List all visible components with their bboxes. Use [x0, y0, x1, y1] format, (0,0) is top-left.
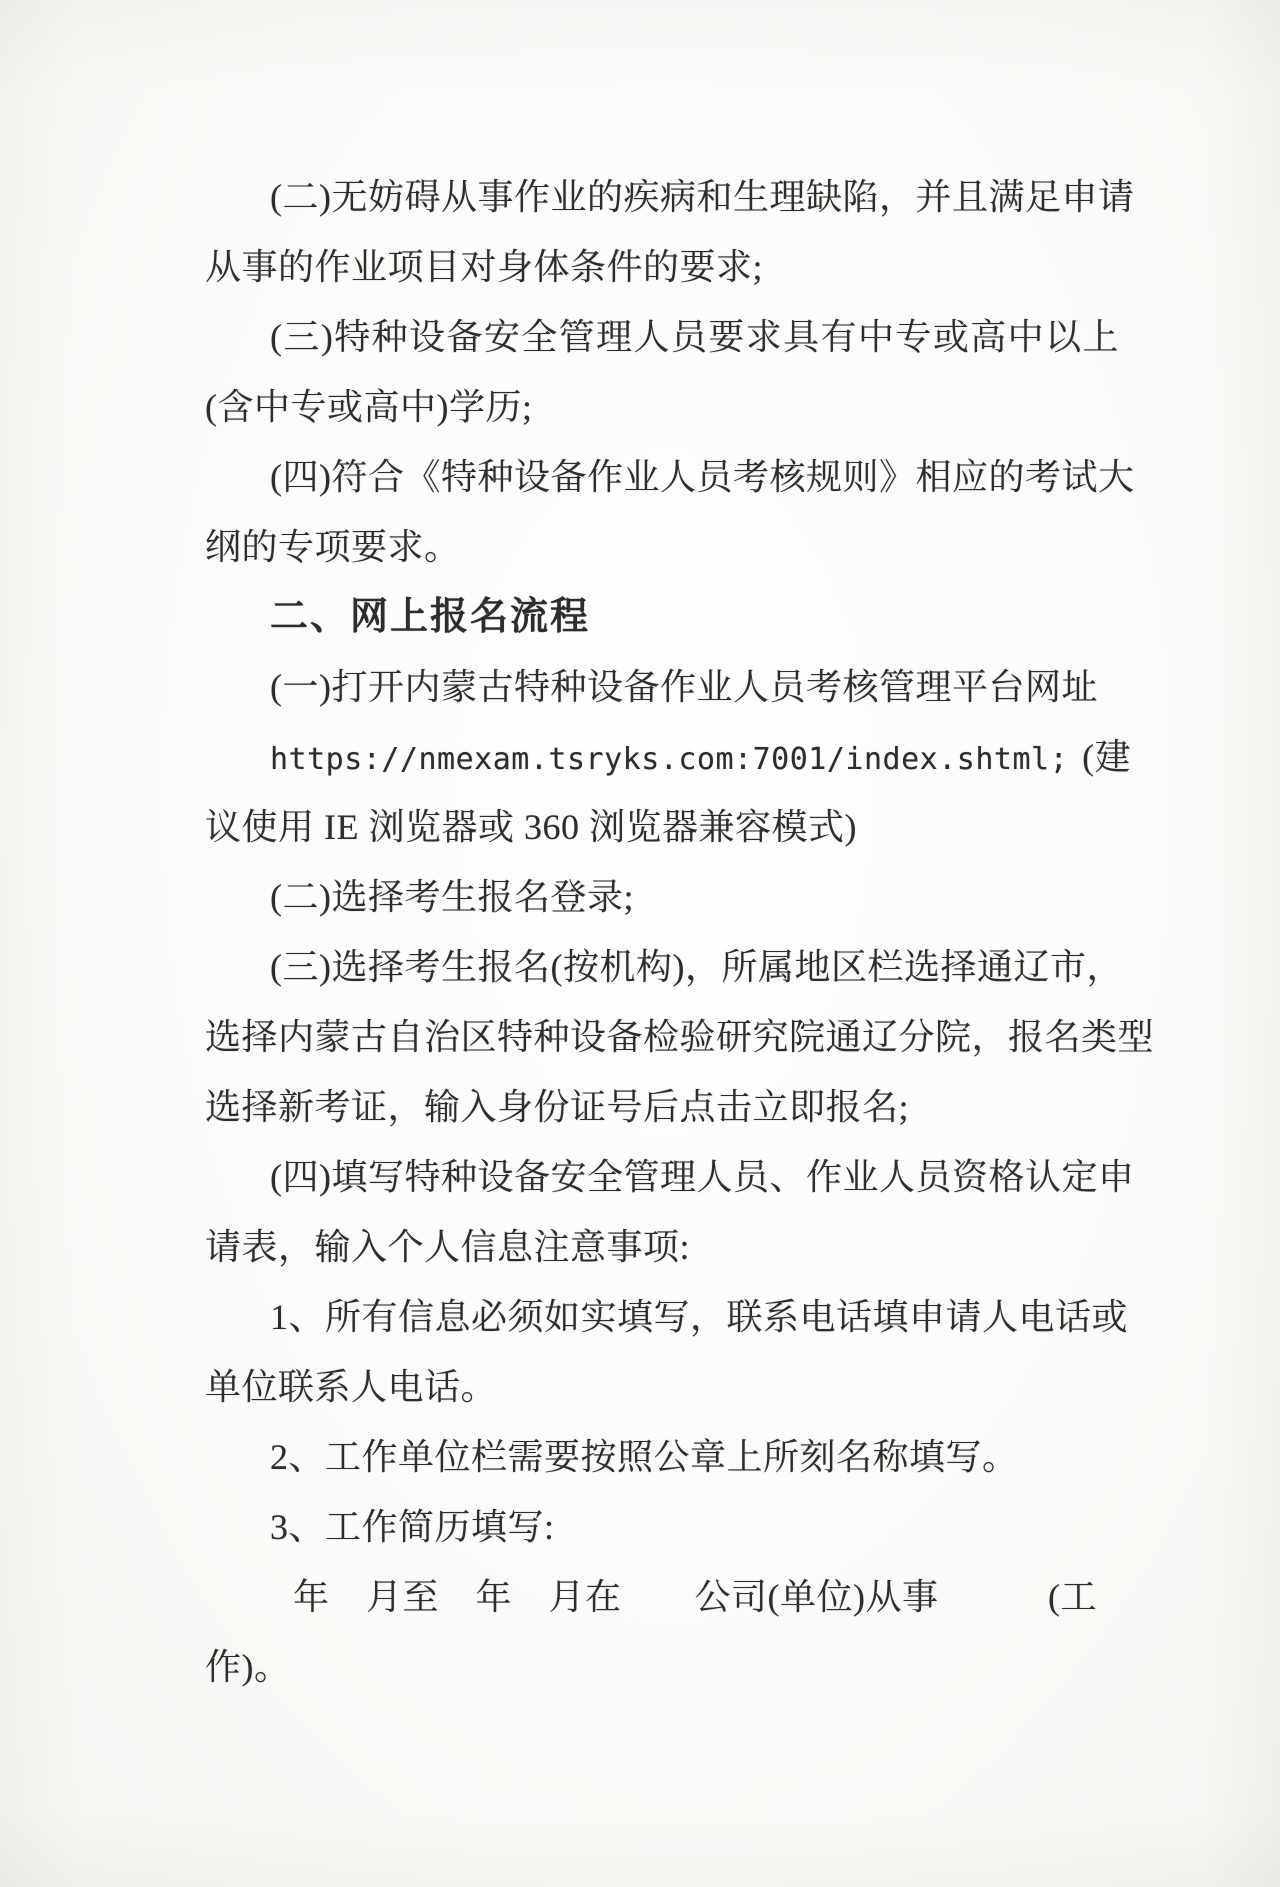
doc-line: 纲的专项要求。	[205, 512, 1119, 582]
url-line-suffix: (建	[1068, 737, 1131, 777]
doc-line: 作)。	[205, 1632, 1119, 1702]
registration-url: https://nmexam.tsryks.com:7001/index.sht…	[270, 742, 1068, 777]
doc-line: 从事的作业项目对身体条件的要求;	[205, 232, 1119, 302]
doc-line: (一)打开内蒙古特种设备作业人员考核管理平台网址	[205, 652, 1119, 722]
doc-line: 2、工作单位栏需要按照公章上所刻名称填写。	[205, 1422, 1119, 1492]
doc-line: 议使用 IE 浏览器或 360 浏览器兼容模式)	[205, 792, 1119, 862]
document-page: (二)无妨碍从事作业的疾病和生理缺陷，并且满足申请 从事的作业项目对身体条件的要…	[0, 0, 1280, 1887]
doc-line: 选择内蒙古自治区特种设备检验研究院通辽分院，报名类型	[205, 1002, 1119, 1072]
url-line: https://nmexam.tsryks.com:7001/index.sht…	[205, 722, 1119, 792]
doc-line: (四)填写特种设备安全管理人员、作业人员资格认定申	[205, 1142, 1119, 1212]
section-heading: 二、网上报名流程	[205, 582, 1119, 652]
doc-line: 3、工作简历填写:	[205, 1492, 1119, 1562]
doc-line: (二)选择考生报名登录;	[205, 862, 1119, 932]
doc-line: (四)符合《特种设备作业人员考核规则》相应的考试大	[205, 442, 1119, 512]
work-history-fill-in-line: 年 月至 年 月在 公司(单位)从事 (工	[205, 1562, 1119, 1632]
doc-line: 请表，输入个人信息注意事项:	[205, 1212, 1119, 1282]
doc-line: (三)选择考生报名(按机构)，所属地区栏选择通辽市，	[205, 932, 1119, 1002]
doc-line: 1、所有信息必须如实填写，联系电话填申请人电话或	[205, 1282, 1119, 1352]
doc-line: (三)特种设备安全管理人员要求具有中专或高中以上	[205, 302, 1119, 372]
doc-line: 选择新考证，输入身份证号后点击立即报名;	[205, 1072, 1119, 1142]
doc-line: (含中专或高中)学历;	[205, 372, 1119, 442]
doc-line: 单位联系人电话。	[205, 1352, 1119, 1422]
doc-line: (二)无妨碍从事作业的疾病和生理缺陷，并且满足申请	[205, 162, 1119, 232]
